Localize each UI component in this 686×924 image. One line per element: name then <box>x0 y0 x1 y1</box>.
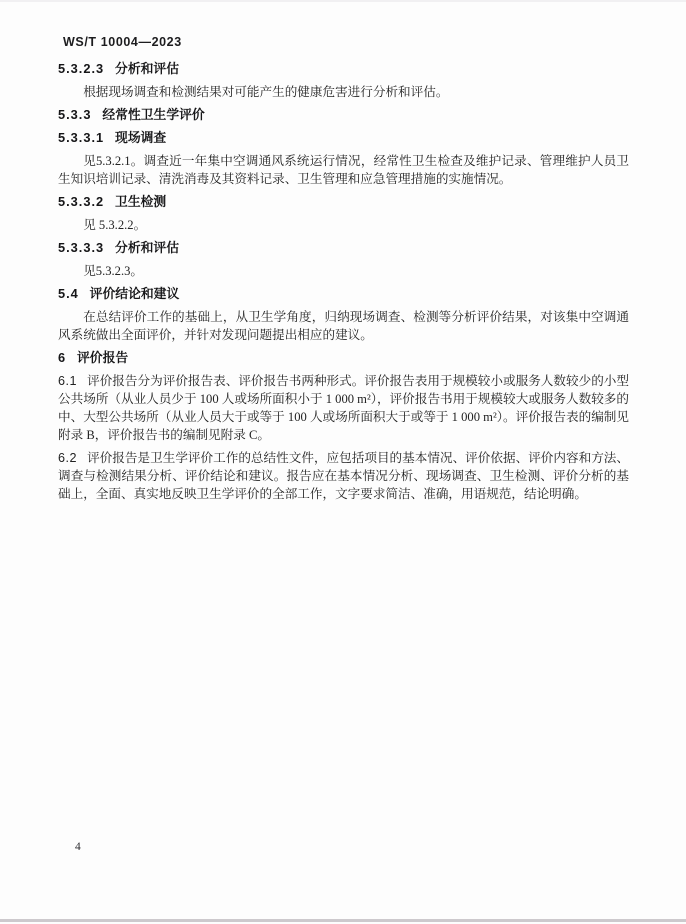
section-heading-5-3-3: 5.3.3经常性卫生学评价 <box>58 106 629 124</box>
paragraph-5-3-3-2: 见 5.3.2.2。 <box>58 216 629 234</box>
clause-title: 分析和评估 <box>115 61 179 76</box>
clause-number: 5.3.3 <box>58 107 91 122</box>
paragraph-6-1: 6.1评价报告分为评价报告表、评价报告书两种形式。评价报告表用于规模较小或服务人… <box>58 372 629 444</box>
section-heading-5-3-3-2: 5.3.3.2卫生检测 <box>58 193 629 211</box>
clause-number: 5.3.2.3 <box>58 61 104 76</box>
paragraph-text: 评价报告是卫生学评价工作的总结性文件，应包括项目的基本情况、评价依据、评价内容和… <box>58 451 629 501</box>
paragraph-5-3-3-1: 见5.3.2.1。调查近一年集中空调通风系统运行情况，经常性卫生检查及维护记录、… <box>58 152 629 188</box>
page-number: 4 <box>75 840 81 854</box>
section-heading-5-3-3-3: 5.3.3.3分析和评估 <box>58 239 629 257</box>
document-page: WS/T 10004—2023 5.3.2.3分析和评估 根据现场调查和检测结果… <box>0 0 686 924</box>
paragraph-6-2: 6.2评价报告是卫生学评价工作的总结性文件，应包括项目的基本情况、评价依据、评价… <box>58 449 629 503</box>
clause-number: 6 <box>58 350 66 365</box>
section-heading-5-3-2-3: 5.3.2.3分析和评估 <box>58 60 629 78</box>
page-content: WS/T 10004—2023 5.3.2.3分析和评估 根据现场调查和检测结果… <box>0 0 686 503</box>
clause-number: 5.3.3.1 <box>58 130 104 145</box>
clause-title: 分析和评估 <box>115 240 179 255</box>
clause-number: 5.4 <box>58 286 79 301</box>
paragraph-5-4: 在总结评价工作的基础上，从卫生学角度，归纳现场调查、检测等分析评价结果，对该集中… <box>58 308 629 344</box>
paragraph-5-3-3-3: 见5.3.2.3。 <box>58 262 629 280</box>
clause-title: 评价结论和建议 <box>90 286 180 301</box>
page-edge-shadow <box>0 919 686 922</box>
clause-number: 5.3.3.3 <box>58 240 104 255</box>
section-heading-6: 6评价报告 <box>58 349 629 367</box>
clause-number: 6.2 <box>58 451 77 465</box>
paragraph-5-3-2-3: 根据现场调查和检测结果对可能产生的健康危害进行分析和评估。 <box>58 83 629 101</box>
clause-number: 6.1 <box>58 374 77 388</box>
clause-title: 卫生检测 <box>115 194 166 209</box>
section-heading-5-3-3-1: 5.3.3.1现场调查 <box>58 129 629 147</box>
clause-number: 5.3.3.2 <box>58 194 104 209</box>
section-heading-5-4: 5.4评价结论和建议 <box>58 285 629 303</box>
paragraph-text: 评价报告分为评价报告表、评价报告书两种形式。评价报告表用于规模较小或服务人数较少… <box>58 374 629 442</box>
clause-title: 经常性卫生学评价 <box>102 107 204 122</box>
document-code: WS/T 10004—2023 <box>63 33 629 51</box>
clause-title: 现场调查 <box>115 130 166 145</box>
page-top-edge <box>0 0 686 2</box>
clause-title: 评价报告 <box>77 350 128 365</box>
